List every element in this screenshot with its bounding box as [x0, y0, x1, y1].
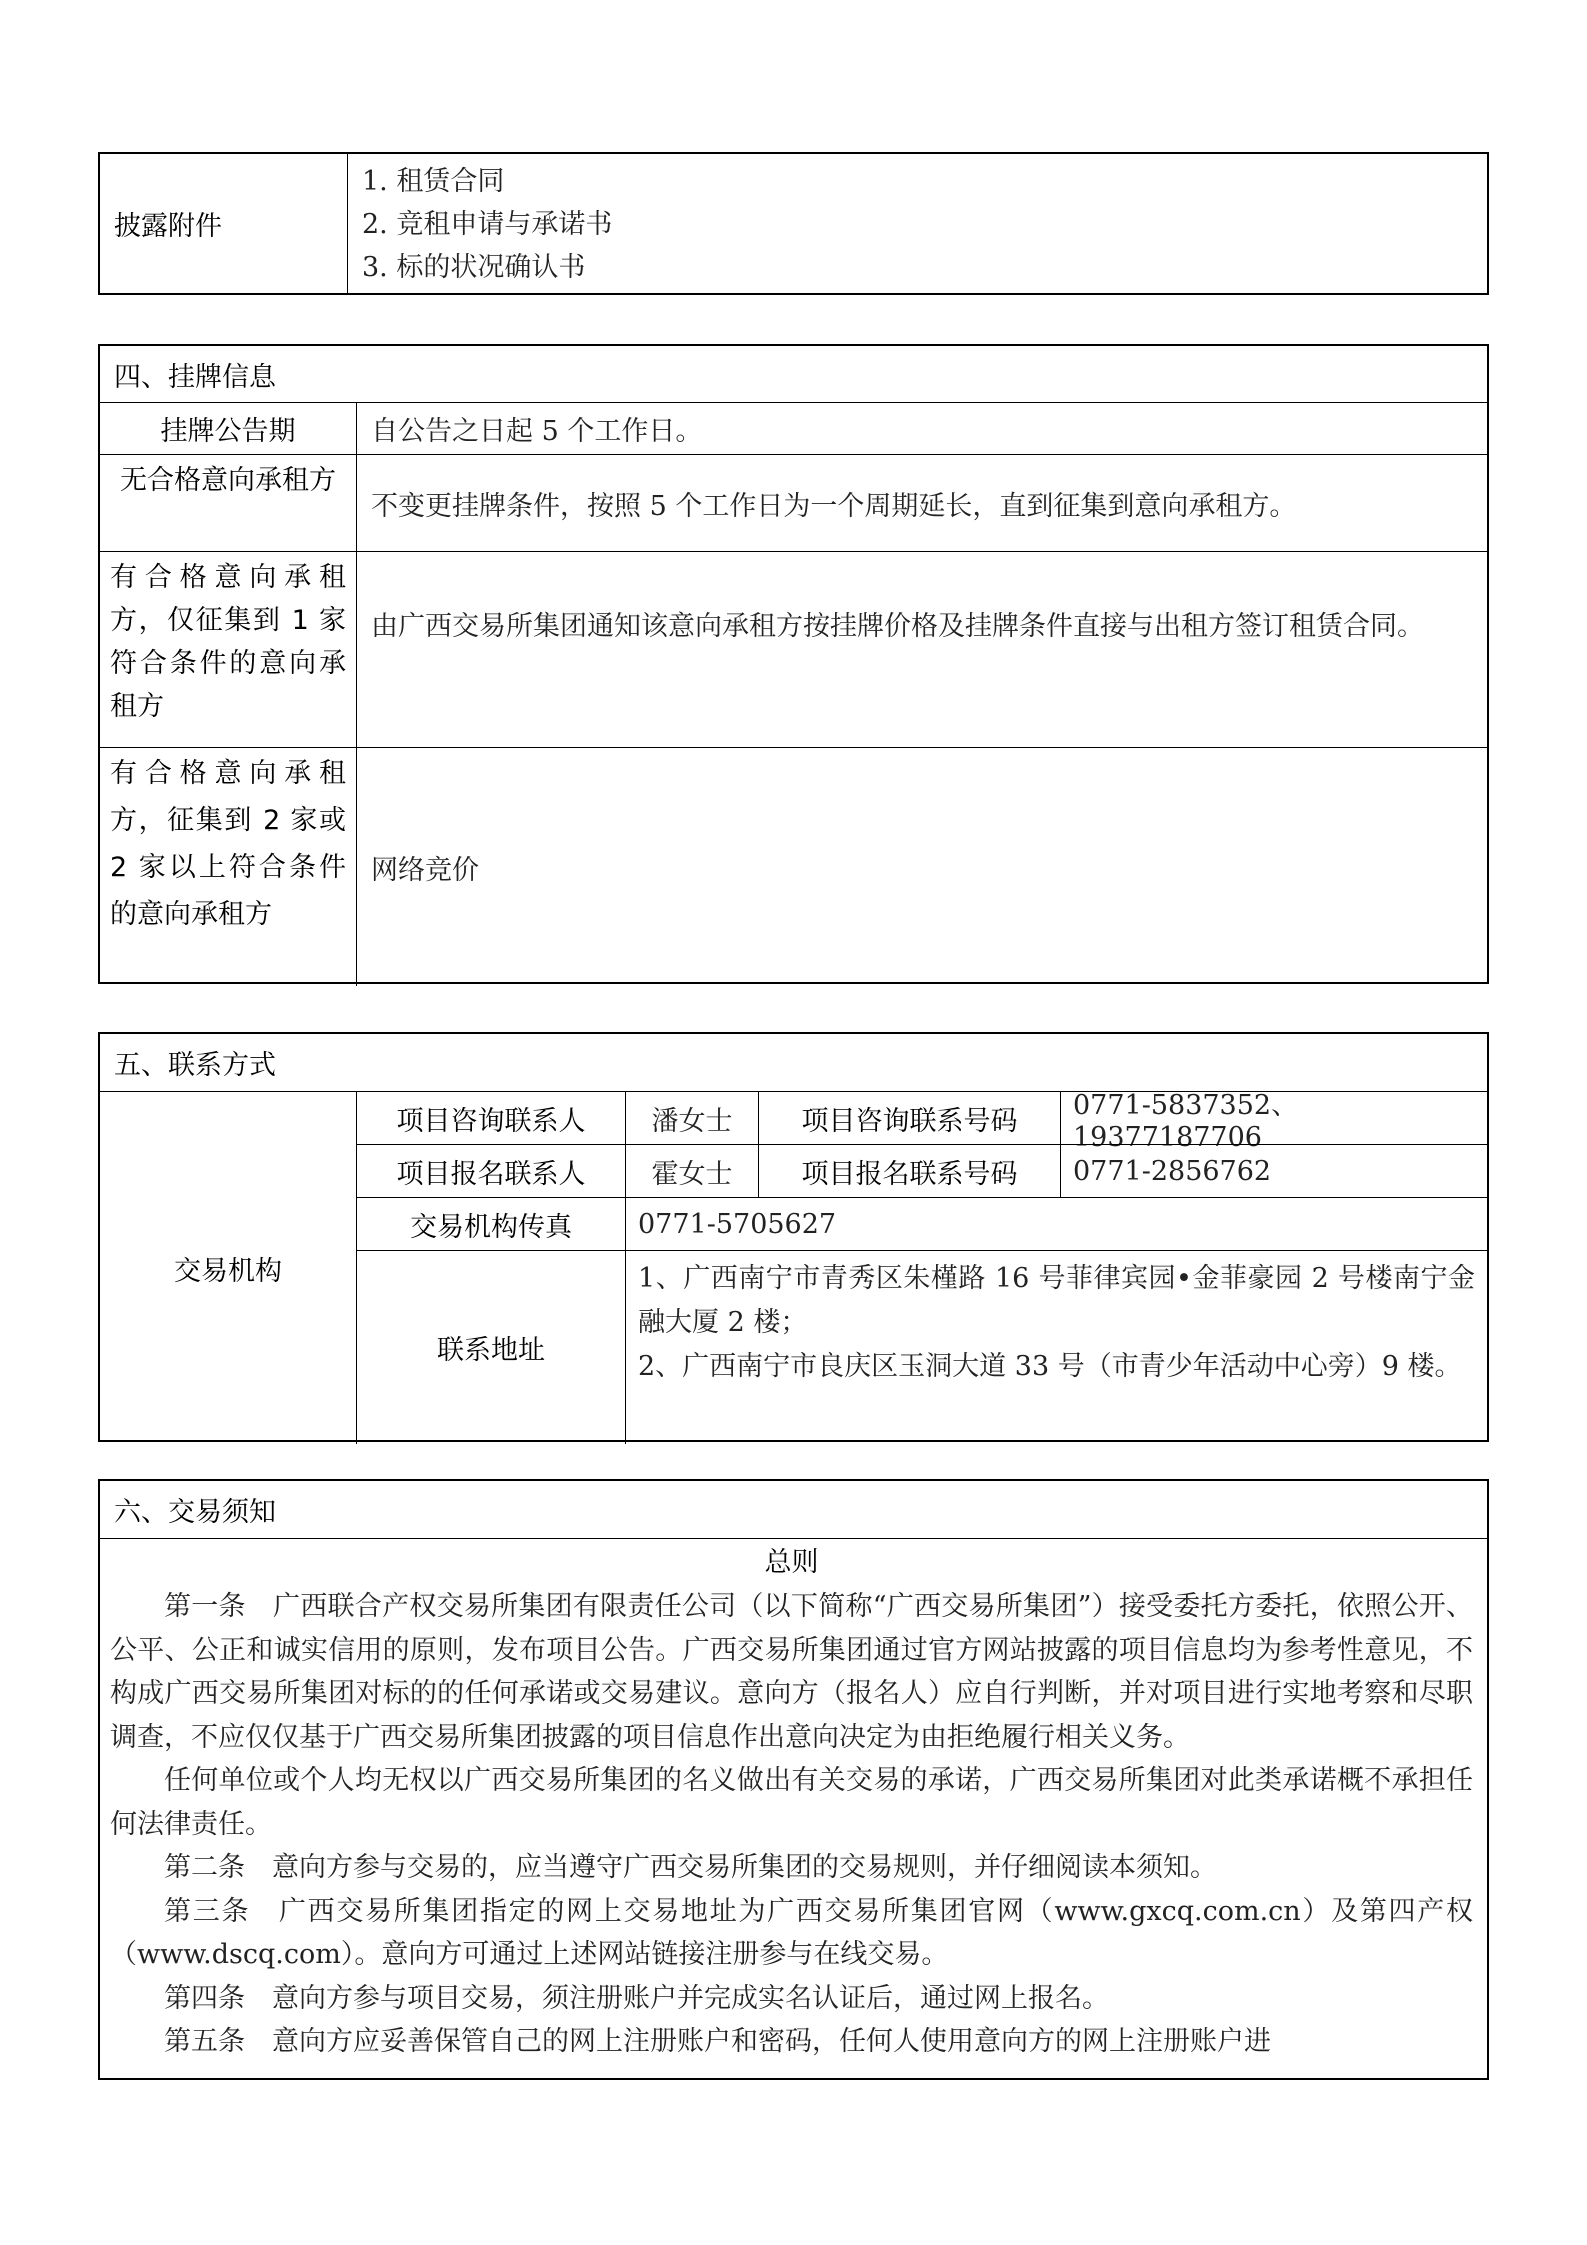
address-line-1: 1、广西南宁市青秀区朱槿路 16 号菲律宾园•金菲豪园 2 号楼南宁金融大厦 2… [638, 1257, 1475, 1345]
section-header-listing: 四、挂牌信息 [100, 346, 1487, 402]
signup-person-label: 项目报名联系人 [356, 1144, 625, 1197]
listing-info-table: 四、挂牌信息 挂牌公告期 自公告之日起 5 个工作日。 无合格意向承租方 不变更… [98, 344, 1489, 984]
attachments-label: 披露附件 [100, 154, 347, 293]
notice-paragraph: 任何单位或个人均无权以广西交易所集团的名义做出有关交易的承诺，广西交易所集团对此… [110, 1759, 1473, 1846]
address-label: 联系地址 [356, 1250, 625, 1444]
address-value: 1、广西南宁市青秀区朱槿路 16 号菲律宾园•金菲豪园 2 号楼南宁金融大厦 2… [625, 1250, 1487, 1444]
notice-paragraph: 第三条 广西交易所集团指定的网上交易地址为广西交易所集团官网（www.gxcq.… [110, 1890, 1473, 1977]
address-line-2: 2、广西南宁市良庆区玉洞大道 33 号（市青少年活动中心旁）9 楼。 [638, 1345, 1475, 1389]
consult-phone[interactable]: 0771-5837352、19377187706 [1060, 1091, 1487, 1144]
notice-body: 总则 第一条 广西联合产权交易所集团有限责任公司（以下简称“广西交易所集团”）接… [100, 1538, 1487, 2078]
attachments-table: 披露附件 1. 租赁合同 2. 竞租申请与承诺书 3. 标的状况确认书 [98, 152, 1489, 295]
notice-table: 六、交易须知 总则 第一条 广西联合产权交易所集团有限责任公司（以下简称“广西交… [98, 1479, 1489, 2080]
listing-row-value: 不变更挂牌条件，按照 5 个工作日为一个周期延长，直到征集到意向承租方。 [356, 454, 1487, 551]
notice-paragraph: 第四条 意向方参与项目交易，须注册账户并完成实名认证后，通过网上报名。 [110, 1977, 1473, 2021]
fax-number: 0771-5705627 [625, 1197, 1487, 1250]
attachment-item[interactable]: 3. 标的状况确认书 [362, 246, 1487, 289]
notice-paragraph: 第五条 意向方应妥善保管自己的网上注册账户和密码，任何人使用意向方的网上注册账户… [110, 2020, 1473, 2064]
listing-row-label: 挂牌公告期 [100, 402, 356, 454]
listing-row-value: 由广西交易所集团通知该意向承租方按挂牌价格及挂牌条件直接与出租方签订租赁合同。 [356, 551, 1487, 747]
listing-row-label: 无合格意向承租方 [100, 454, 356, 551]
consult-person: 潘女士 [625, 1091, 758, 1144]
signup-phone[interactable]: 0771-2856762 [1060, 1144, 1487, 1197]
attachment-item[interactable]: 1. 租赁合同 [362, 160, 1487, 203]
attachments-list: 1. 租赁合同 2. 竞租申请与承诺书 3. 标的状况确认书 [347, 154, 1487, 293]
notice-paragraph: 第二条 意向方参与交易的，应当遵守广西交易所集团的交易规则，并仔细阅读本须知。 [110, 1846, 1473, 1890]
consult-phone-label: 项目咨询联系号码 [758, 1091, 1060, 1144]
listing-row-label: 有合格意向承租方，征集到 2 家或 2 家以上符合条件的意向承租方 [100, 747, 356, 986]
contact-table: 五、联系方式 交易机构 项目咨询联系人 潘女士 项目咨询联系号码 0771-58… [98, 1032, 1489, 1442]
attachment-item[interactable]: 2. 竞租申请与承诺书 [362, 203, 1487, 246]
listing-row-label: 有合格意向承租方，仅征集到 1 家符合条件的意向承租方 [100, 551, 356, 747]
notice-subtitle: 总则 [110, 1541, 1473, 1585]
signup-person: 霍女士 [625, 1144, 758, 1197]
listing-row-value: 自公告之日起 5 个工作日。 [356, 402, 1487, 454]
signup-phone-label: 项目报名联系号码 [758, 1144, 1060, 1197]
fax-label: 交易机构传真 [356, 1197, 625, 1250]
org-label: 交易机构 [100, 1091, 356, 1444]
section-header-notice: 六、交易须知 [100, 1481, 1487, 1538]
consult-person-label: 项目咨询联系人 [356, 1091, 625, 1144]
listing-row-value: 网络竞价 [356, 747, 1487, 986]
notice-paragraph: 第一条 广西联合产权交易所集团有限责任公司（以下简称“广西交易所集团”）接受委托… [110, 1585, 1473, 1759]
